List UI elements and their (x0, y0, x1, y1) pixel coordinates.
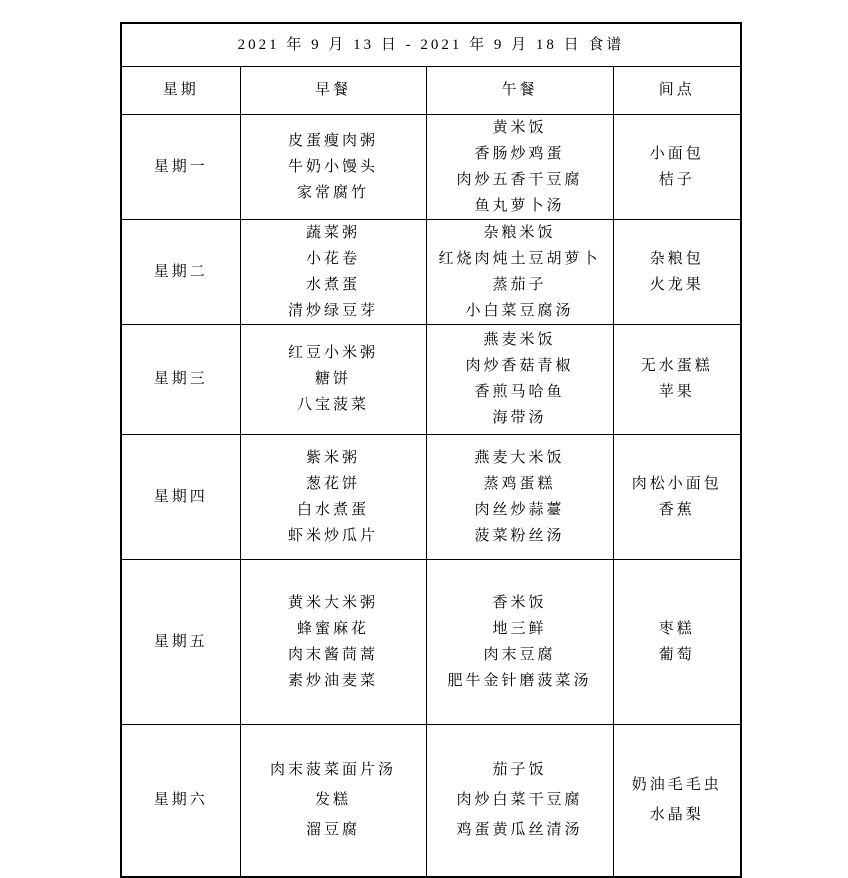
snack-cell: 肉松小面包 香蕉 (613, 434, 741, 559)
lunch-cell: 黄米饭 香肠炒鸡蛋 肉炒五香干豆腐 鱼丸萝卜汤 (426, 114, 613, 219)
breakfast-cell: 黄米大米粥 蜂蜜麻花 肉末酱茼蒿 素炒油麦菜 (240, 559, 426, 724)
lunch-cell: 燕麦米饭 肉炒香菇青椒 香煎马哈鱼 海带汤 (426, 324, 613, 434)
lunch-cell: 杂粮米饭 红烧肉炖土豆胡萝卜 蒸茄子 小白菜豆腐汤 (426, 219, 613, 324)
table-row: 星期四 紫米粥 葱花饼 白水煮蛋 虾米炒瓜片 燕麦大米饭 蒸鸡蛋糕 肉丝炒蒜薹 … (121, 434, 741, 559)
lunch-cell: 燕麦大米饭 蒸鸡蛋糕 肉丝炒蒜薹 菠菜粉丝汤 (426, 434, 613, 559)
column-header-weekday: 星期 (121, 66, 240, 114)
title-row: 2021 年 9 月 13 日 - 2021 年 9 月 18 日 食谱 (121, 23, 741, 66)
menu-table: 2021 年 9 月 13 日 - 2021 年 9 月 18 日 食谱 星期 … (120, 22, 742, 878)
table-row: 星期二 蔬菜粥 小花卷 水煮蛋 清炒绿豆芽 杂粮米饭 红烧肉炖土豆胡萝卜 蒸茄子… (121, 219, 741, 324)
table-row: 星期一 皮蛋瘦肉粥 牛奶小馒头 家常腐竹 黄米饭 香肠炒鸡蛋 肉炒五香干豆腐 鱼… (121, 114, 741, 219)
lunch-cell: 香米饭 地三鲜 肉末豆腐 肥牛金针磨菠菜汤 (426, 559, 613, 724)
lunch-cell: 茄子饭 肉炒白菜干豆腐 鸡蛋黄瓜丝清汤 (426, 724, 613, 877)
menu-table-container: 2021 年 9 月 13 日 - 2021 年 9 月 18 日 食谱 星期 … (120, 22, 742, 878)
day-cell: 星期六 (121, 724, 240, 877)
snack-cell: 小面包 桔子 (613, 114, 741, 219)
breakfast-cell: 红豆小米粥 糖饼 八宝菠菜 (240, 324, 426, 434)
day-cell: 星期一 (121, 114, 240, 219)
header-row: 星期 早餐 午餐 间点 (121, 66, 741, 114)
snack-cell: 奶油毛毛虫 水晶梨 (613, 724, 741, 877)
table-row: 星期六 肉末菠菜面片汤 发糕 溜豆腐 茄子饭 肉炒白菜干豆腐 鸡蛋黄瓜丝清汤 奶… (121, 724, 741, 877)
table-row: 星期五 黄米大米粥 蜂蜜麻花 肉末酱茼蒿 素炒油麦菜 香米饭 地三鲜 肉末豆腐 … (121, 559, 741, 724)
day-cell: 星期二 (121, 219, 240, 324)
breakfast-cell: 蔬菜粥 小花卷 水煮蛋 清炒绿豆芽 (240, 219, 426, 324)
column-header-snack: 间点 (613, 66, 741, 114)
snack-cell: 杂粮包 火龙果 (613, 219, 741, 324)
breakfast-cell: 皮蛋瘦肉粥 牛奶小馒头 家常腐竹 (240, 114, 426, 219)
day-cell: 星期四 (121, 434, 240, 559)
day-cell: 星期五 (121, 559, 240, 724)
column-header-lunch: 午餐 (426, 66, 613, 114)
day-cell: 星期三 (121, 324, 240, 434)
table-row: 星期三 红豆小米粥 糖饼 八宝菠菜 燕麦米饭 肉炒香菇青椒 香煎马哈鱼 海带汤 … (121, 324, 741, 434)
snack-cell: 无水蛋糕 苹果 (613, 324, 741, 434)
breakfast-cell: 紫米粥 葱花饼 白水煮蛋 虾米炒瓜片 (240, 434, 426, 559)
table-title: 2021 年 9 月 13 日 - 2021 年 9 月 18 日 食谱 (121, 23, 741, 66)
breakfast-cell: 肉末菠菜面片汤 发糕 溜豆腐 (240, 724, 426, 877)
snack-cell: 枣糕 葡萄 (613, 559, 741, 724)
column-header-breakfast: 早餐 (240, 66, 426, 114)
